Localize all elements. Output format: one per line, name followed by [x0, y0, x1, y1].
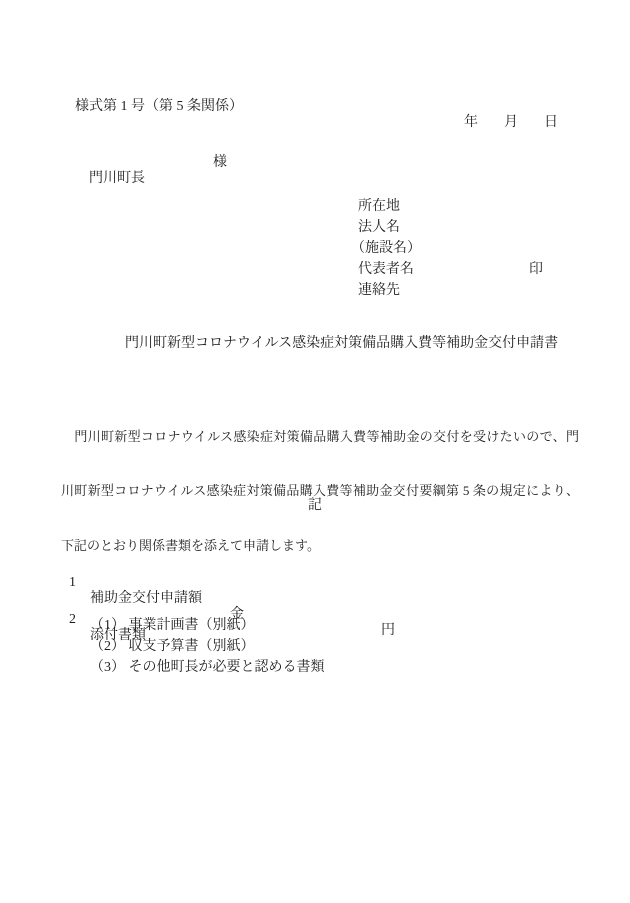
addressee-name: 門川町長	[89, 171, 145, 186]
body-line: 門川町新型コロナウイルス感染症対策備品購入費等補助金の交付を受けたいので、門	[61, 426, 579, 448]
year-label: 年	[464, 115, 478, 131]
item-number: 1	[69, 575, 76, 591]
item-attachments-row: 2 添付書類	[0, 596, 630, 614]
seal-mark: 印	[529, 262, 543, 278]
addressee-line: 門川町長 様	[75, 155, 375, 219]
body-line: 下記のとおり関係書類を添えて申請します。	[61, 535, 579, 557]
currency-suffix: 円	[381, 623, 395, 639]
applicant-location-label: 所在地	[358, 199, 400, 215]
document-title: 門川町新型コロナウイルス感染症対策備品購入費等補助金交付申請書	[125, 336, 558, 352]
day-label: 日	[544, 115, 558, 131]
note-marker: 記	[0, 498, 630, 514]
item-amount-row: 1 補助金交付申請額 金 円	[0, 559, 630, 577]
attachment-item: （2） 収支予算書（別紙）	[90, 639, 255, 655]
applicant-facility-label: （施設名）	[351, 241, 421, 257]
addressee-honorific: 様	[213, 155, 227, 171]
date-line: 年 月 日	[464, 115, 558, 131]
attachment-item: （1） 事業計画書（別紙）	[90, 618, 255, 634]
applicant-contact-label: 連絡先	[358, 283, 400, 299]
month-label: 月	[504, 115, 518, 131]
applicant-representative-label: 代表者名	[358, 262, 414, 278]
applicant-corporation-label: 法人名	[358, 220, 400, 236]
attachment-item: （3） その他町長が必要と認める書類	[90, 660, 325, 676]
document-page: 様式第 1 号（第 5 条関係） 年 月 日 門川町長 様 所在地 法人名 （施…	[0, 0, 630, 903]
item-number: 2	[69, 612, 76, 628]
form-number: 様式第 1 号（第 5 条関係）	[75, 99, 243, 115]
